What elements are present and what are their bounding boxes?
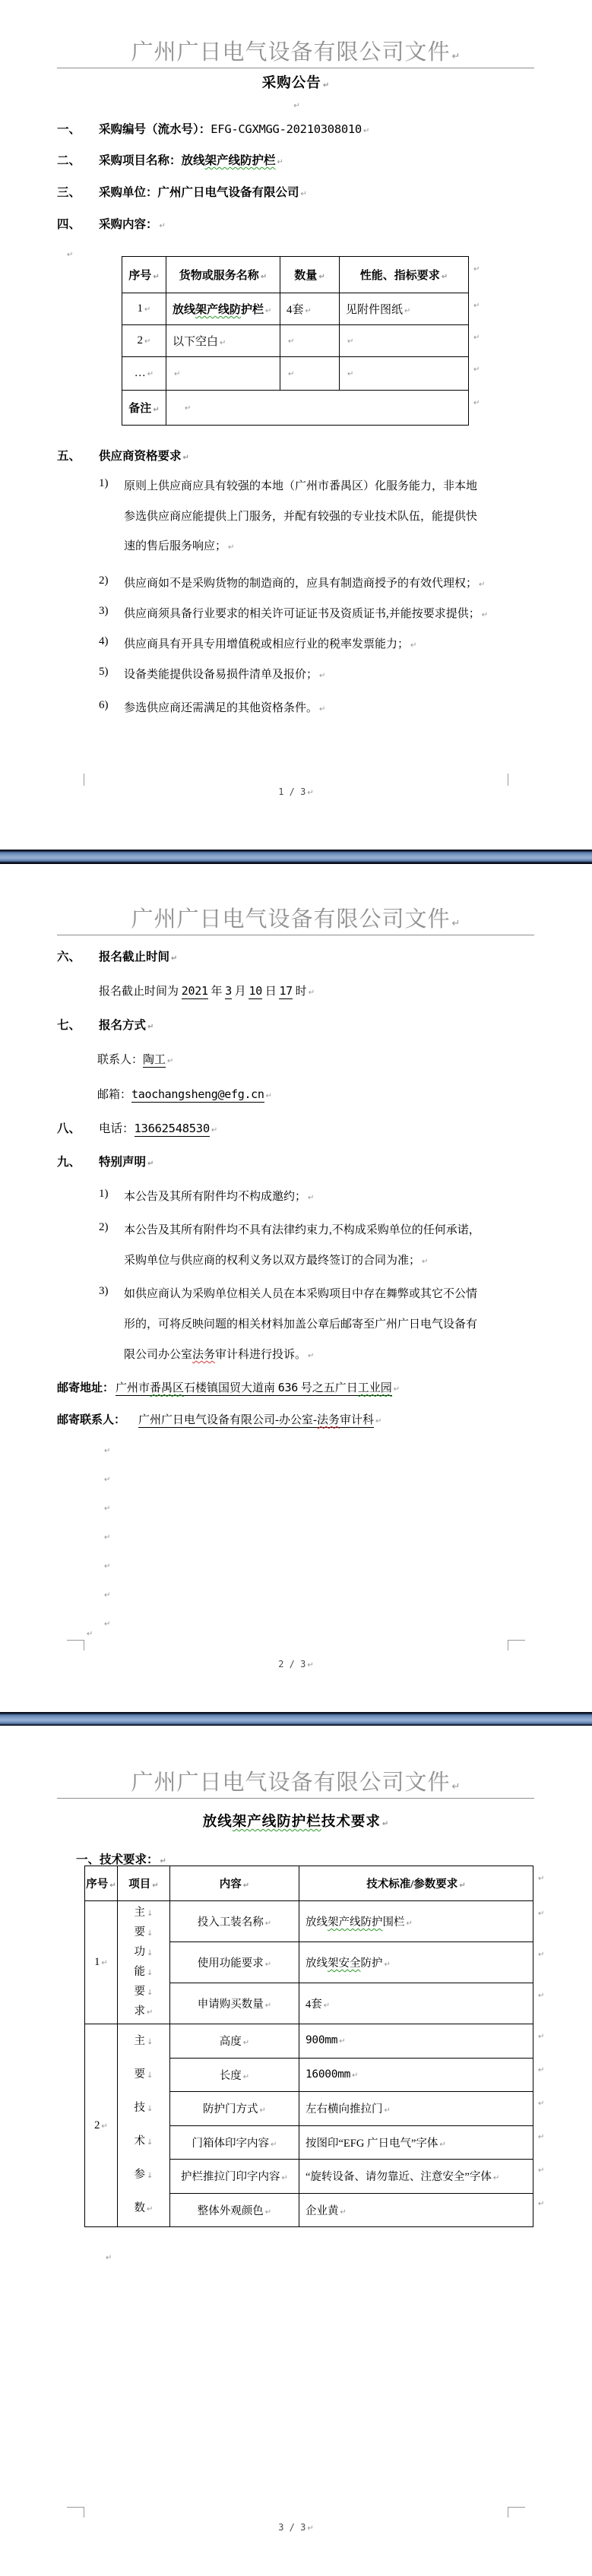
pilcrow-mark: ↵ (101, 1959, 107, 1967)
letterhead-rule (57, 68, 534, 68)
pilcrow-mark: ↵ (220, 339, 226, 347)
list-number: 2) (99, 1221, 109, 1234)
table-header-row: 序号↵ 项目↵ 内容↵ 技术标准/参数要求↵ (85, 1866, 533, 1901)
mail-address-label: 邮寄地址： (57, 1379, 114, 1395)
pilcrow-mark: ↓ (147, 1949, 153, 1957)
text-segment: 月 (232, 986, 249, 998)
list-text: 本公告及其所有附件均不具有法律约束力,不构成采购单位的任何承诺， (124, 1221, 480, 1237)
pilcrow-mark: ↵ (106, 2254, 112, 2262)
list-text: 供应商须具备行业要求的相关许可证证书及资质证书,并能按要求提供；↵ (124, 605, 488, 621)
pilcrow-mark: ↵ (385, 2106, 391, 2115)
text-segment: EFG-CGXMGG-20210308010 (211, 122, 362, 136)
text-segment: 636 (278, 1381, 298, 1396)
table-cell: ↵ (280, 325, 340, 357)
text-segment: 审计科进行投诉。 (215, 1349, 306, 1361)
pilcrow-mark: ↵ (185, 404, 191, 413)
pilcrow-mark: ↵ (277, 158, 283, 166)
table-cell: 门箱体印字内容↵ (170, 2125, 299, 2160)
pilcrow-mark: ↵ (104, 1533, 110, 1542)
table-header-cell: 序号↵ (122, 257, 166, 293)
pilcrow-mark: ↵ (308, 1352, 314, 1360)
pilcrow-mark: ↵ (265, 307, 271, 315)
list-number: 1) (99, 1188, 109, 1201)
table-cell: 按图印“EFG 广日电气”字体↵ (299, 2125, 533, 2160)
corner-mark (67, 2507, 84, 2517)
text-segment: 要 (135, 1986, 146, 1998)
page-number: 3 / 3 (278, 2522, 305, 2533)
margin-tick (508, 774, 508, 786)
phone-number: 13662548530 (135, 1122, 210, 1137)
section-text: 采购编号（流水号）：EFG-CGXMGG-20210308010↵ (99, 120, 369, 137)
list-text: 原则上供应商应具有较强的本地（广州市番禺区）化服务能力，非本地 (124, 477, 477, 493)
pilcrow-mark: ↵ (538, 2133, 544, 2141)
text-segment: 法务 (192, 1349, 215, 1361)
empty-paragraph: ↵ (65, 247, 73, 261)
pilcrow-mark: ↵ (271, 2141, 277, 2149)
section-number: 六、 (57, 948, 81, 964)
pilcrow-mark: ↵ (347, 337, 353, 346)
section-number: 二、 (57, 151, 81, 168)
table-cell: 见附件图纸↵ (340, 293, 469, 325)
text-segment: 石楼镇国贸大道南 (184, 1382, 278, 1396)
pilcrow-mark: ↵ (87, 1630, 93, 1638)
document-canvas: 广州广日电气设备有限公司文件↵ 采购公告↵ ↵ 一、采购编号（流水号）：EFG-… (0, 0, 592, 2576)
list-number: 6) (99, 699, 109, 712)
pilcrow-mark: ↵ (160, 1857, 166, 1866)
table-header-row: 序号↵ 货物或服务名称↵ 数量↵ 性能、指标要求↵ (122, 257, 469, 293)
text-segment: 主 (135, 2035, 146, 2047)
text-segment: 采购单位与供应商的权利义务以双方最终签订的合同为准； (124, 1255, 420, 1267)
pilcrow-mark: ↵ (309, 989, 315, 997)
table-cell: 放线架安全防护↵ (299, 1942, 533, 1983)
table-cell: 4套↵ (299, 1983, 533, 2024)
text-segment: 4套 (305, 1998, 322, 2011)
text-segment: “旋转设备、请勿靠近、注意安全”字体 (305, 2171, 492, 2183)
pilcrow-mark: ↵ (339, 2037, 345, 2046)
pilcrow-mark: ↵ (473, 302, 480, 310)
text-segment: 防护 (361, 1957, 383, 1970)
pilcrow-mark: ↵ (538, 1875, 544, 1883)
pilcrow-mark: ↵ (211, 1126, 217, 1135)
email-label: 邮箱： (97, 1089, 131, 1101)
section-title: 供应商资格要求↵ (99, 447, 189, 464)
pilcrow-mark: ↵ (375, 1417, 381, 1426)
pilcrow-mark: ↵ (293, 102, 299, 110)
email-link[interactable]: taochangsheng@efg.cn (131, 1087, 264, 1103)
pilcrow-mark: ↵ (307, 2524, 313, 2533)
pilcrow-mark: ↵ (288, 337, 294, 346)
table-cell: 4套↵ (280, 293, 340, 325)
pilcrow-mark: ↵ (266, 1092, 272, 1100)
vertical-text-line: 主↓ (119, 1904, 169, 1923)
email-line: 邮箱：taochangsheng@efg.cn↵ (97, 1086, 272, 1102)
pilcrow-mark: ↵ (183, 454, 189, 462)
pilcrow-mark: ↵ (104, 1505, 110, 1513)
pilcrow-mark: ↵ (101, 2122, 107, 2131)
section-title: 报名截止时间↵ (99, 948, 177, 964)
table-row: 2↵ 主↓要↓技↓术↓参↓数↵ 高度↵ 900mm↵ (85, 2024, 533, 2059)
letterhead-text: 广州广日电气设备有限公司文件 (131, 40, 451, 65)
pilcrow-mark: ↵ (473, 265, 480, 274)
text-segment: 采购项目名称：放线 (99, 154, 205, 167)
table-cell: 2↵ (122, 325, 166, 357)
pilcrow-mark: ↵ (538, 2100, 544, 2108)
pilcrow-mark: ↵ (153, 273, 159, 281)
text-segment: 架产线防护 (328, 1916, 383, 1929)
pilcrow-mark: ↵ (385, 1960, 391, 1969)
pilcrow-mark: ↵ (171, 954, 177, 963)
empty-paragraph: ↵ (103, 1501, 110, 1514)
text-segment: 以下空白 (173, 336, 218, 348)
pilcrow-mark: ↵ (473, 399, 480, 407)
text-segment: 本公告及其所有附件均不具有法律约束力,不构成采购单位的任何承诺， (124, 1224, 480, 1236)
page-break-bar (0, 850, 592, 864)
text-segment: 号之五广日 (298, 1382, 358, 1396)
table-header-cell: 货物或服务名称↵ (166, 257, 280, 293)
pilcrow-mark: ↵ (442, 273, 448, 281)
pilcrow-mark: ↵ (67, 251, 73, 259)
page-2: 广州广日电气设备有限公司文件↵ 六、报名截止时间↵ 报名截止时间为 2021 年… (0, 864, 592, 1712)
text-segment: 放线 (305, 1957, 328, 1970)
text-segment: 要 (135, 2068, 146, 2081)
pilcrow-mark: ↵ (305, 307, 312, 315)
pilcrow-mark: ↵ (104, 1620, 110, 1628)
letterhead-title: 广州广日电气设备有限公司文件↵ (0, 902, 592, 933)
list-number: 1) (99, 477, 109, 490)
text-segment: 技 (135, 2102, 146, 2114)
table-cell: 1↵ (122, 293, 166, 325)
list-number: 3) (99, 605, 109, 618)
vertical-text-line: 要↓ (119, 1923, 169, 1943)
pilcrow-mark: ↓ (147, 2105, 153, 2113)
letterhead-title: 广州广日电气设备有限公司文件↵ (0, 35, 592, 66)
table-cell: …↵ (122, 357, 166, 391)
text-segment: 10 (249, 984, 261, 999)
table-cell: 防护门方式↵ (170, 2092, 299, 2126)
list-text: 如供应商认为采购单位相关人员在本采购项目中存在舞弊或其它不公情 (124, 1285, 477, 1301)
pilcrow-mark: ↵ (479, 581, 485, 589)
page-number: 1 / 3 (278, 786, 305, 797)
pilcrow-mark: ↵ (473, 366, 480, 374)
pilcrow-mark: ↓ (147, 1910, 153, 1918)
text-segment: 架产线防护栏 (233, 1815, 321, 1830)
vertical-text-line: 求↵ (119, 2002, 169, 2022)
table-note-row: 备注↵ ↵ (122, 391, 469, 426)
pilcrow-mark: ↵ (167, 1057, 173, 1065)
text-segment: 技术要求 (321, 1815, 381, 1830)
pilcrow-mark: ↵ (422, 1258, 428, 1266)
mail-contact-label: 邮寄联系人： (57, 1411, 125, 1427)
pilcrow-mark: ↓ (147, 2071, 153, 2080)
pilcrow-mark: ↵ (473, 334, 480, 342)
pilcrow-mark: ↵ (301, 190, 307, 198)
table-cell: ↵ (280, 357, 340, 391)
pilcrow-mark: ↵ (452, 51, 461, 62)
pilcrow-mark: ↵ (538, 2166, 544, 2175)
section-text: 采购项目名称：放线架产线防护栏↵ (99, 151, 283, 168)
pilcrow-mark: ↓ (147, 1969, 153, 1977)
pilcrow-mark: ↵ (261, 273, 267, 281)
pilcrow-mark: ↵ (152, 1881, 158, 1890)
pilcrow-mark: ↵ (147, 370, 154, 378)
list-text: 限公司办公室法务审计科进行投诉。↵ (124, 1346, 314, 1362)
pilcrow-mark: ↵ (538, 2033, 544, 2041)
table-cell: 900mm↵ (299, 2024, 533, 2059)
pilcrow-mark: ↵ (407, 1919, 413, 1928)
pilcrow-mark: ↵ (307, 1661, 313, 1669)
mail-address-value: 广州市番禺区石楼镇国贸大道南 636 号之五广日工业园↵ (116, 1379, 400, 1395)
pilcrow-mark: ↓ (147, 1989, 153, 1997)
pilcrow-mark: ↵ (104, 1562, 110, 1571)
section-number: 八、 (57, 1119, 81, 1136)
list-text: 供应商如不是采购货物的制造商的，应具有制造商授予的有效代理权；↵ (124, 574, 485, 590)
vertical-text-line: 技↓ (119, 2092, 169, 2125)
tech-spec-table: 序号↵ 项目↵ 内容↵ 技术标准/参数要求↵ 1↵ 主↓要↓功↓能↓要↓求↵ 投… (84, 1866, 533, 2227)
text-segment: 要 (135, 1926, 146, 1938)
contact-label: 联系人： (97, 1054, 143, 1066)
pilcrow-mark: ↵ (104, 1447, 110, 1455)
pilcrow-mark: ↵ (147, 2008, 153, 2017)
vertical-text-line: 要↓ (119, 2059, 169, 2092)
pilcrow-mark: ↵ (147, 2205, 153, 2214)
pilcrow-mark: ↵ (307, 789, 313, 797)
text-segment: 17 (279, 984, 292, 999)
section-number: 一、 (57, 120, 81, 137)
text-segment: 架安全 (328, 1957, 361, 1970)
text-segment: 日 (262, 986, 280, 998)
table-cell-group-number: 2↵ (85, 2024, 118, 2227)
vertical-text-line: 要↓ (119, 1983, 169, 2002)
text-segment: 数 (135, 2202, 146, 2214)
margin-tick (84, 774, 84, 786)
vertical-text-line: 主↓ (119, 2025, 169, 2059)
empty-paragraph: ↵ (103, 1443, 110, 1457)
phone-label: 电话： (99, 1122, 135, 1135)
list-number: 5) (99, 666, 109, 679)
pilcrow-mark: ↵ (452, 918, 461, 929)
table-cell: ↵ (340, 357, 469, 391)
corner-mark (508, 2507, 525, 2517)
pilcrow-mark: ↵ (265, 2208, 271, 2217)
pilcrow-mark: ↵ (282, 2174, 288, 2182)
section-number: 三、 (57, 183, 81, 200)
pilcrow-mark: ↵ (265, 1960, 271, 1969)
text-segment: 架产线防护栏 (205, 154, 276, 167)
letterhead-title: 广州广日电气设备有限公司文件↵ (0, 1765, 592, 1796)
pilcrow-mark: ↵ (382, 1820, 389, 1828)
list-text: 参选供应商还需满足的其他资格条件。↵ (124, 699, 325, 715)
letterhead-rule (57, 935, 534, 935)
table-cell: 企业黄↵ (299, 2193, 533, 2227)
pilcrow-mark: ↵ (340, 2208, 347, 2217)
text-segment: 本公告及其所有附件均不构成邀约； (124, 1191, 306, 1203)
text-segment: 放线 (173, 304, 195, 316)
pilcrow-mark: ↵ (228, 543, 234, 552)
pilcrow-mark: ↵ (439, 2141, 445, 2149)
text-segment: 企业黄 (305, 2205, 339, 2217)
table-cell: 放线架产线防护栏↵ (166, 293, 280, 325)
deadline-line: 报名截止时间为 2021 年 3 月 10 日 17 时↵ (99, 983, 315, 998)
table-cell: ↵ (166, 357, 280, 391)
section-number: 五、 (57, 447, 81, 464)
pilcrow-mark: ↵ (288, 370, 294, 378)
text-segment: 采购单位：广州广日电气设备有限公司 (99, 186, 299, 199)
letterhead-text: 广州广日电气设备有限公司文件 (131, 907, 451, 932)
pilcrow-mark: ↵ (324, 2002, 330, 2010)
page-3: 广州广日电气设备有限公司文件↵ 放线架产线防护栏技术要求↵ 一、技术要求：↵ 序… (0, 1726, 592, 2576)
text-segment: 左右横向推拉门 (305, 2103, 383, 2116)
section-text: 采购内容：↵ (99, 215, 166, 232)
table-cell-group-item: 主↓要↓功↓能↓要↓求↵ (118, 1901, 170, 2024)
text-segment: 按图印“EFG 广日电气”字体 (305, 2138, 438, 2150)
pilcrow-mark: ↵ (538, 2200, 544, 2208)
pilcrow-mark: ↵ (260, 2106, 266, 2115)
pilcrow-mark: ↵ (153, 406, 159, 414)
pilcrow-mark: ↵ (538, 2066, 544, 2074)
page-title: 放线架产线防护栏技术要求↵ (0, 1811, 592, 1831)
page-footer: 2 / 3↵ (0, 1659, 592, 1669)
text-segment: 架产线防 (195, 304, 241, 316)
list-number: 3) (99, 1285, 109, 1298)
text-segment: 3 (225, 984, 232, 999)
text-segment: 围栏 (383, 1916, 405, 1929)
pilcrow-mark: ↵ (174, 370, 180, 378)
list-text: 形的，可将反映问题的相关材料加盖公章后邮寄至广州广日电气设备有 (124, 1315, 477, 1331)
table-header-cell: 内容↵ (170, 1866, 299, 1901)
page-number: 2 / 3 (278, 1659, 305, 1669)
table-cell: 投入工装名称↵ (170, 1901, 299, 1942)
row-end-marks: ↵ ↵ ↵ ↵ ↵ ↵ ↵ ↵ ↵ ↵ (537, 1866, 544, 2224)
pilcrow-mark: ↵ (144, 337, 150, 346)
empty-paragraph: ↵ (103, 1530, 110, 1543)
text-segment: 功 (135, 1946, 146, 1958)
text-segment: 16000mm (305, 2068, 350, 2081)
table-header-cell: 技术标准/参数要求↵ (299, 1866, 533, 1901)
page-title-text: 采购公告 (262, 76, 321, 91)
empty-paragraph: ↵ (103, 1616, 110, 1630)
table-cell: 申请购买数量↵ (170, 1983, 299, 2024)
empty-paragraph: ↵ (103, 1472, 110, 1486)
pilcrow-mark: ↵ (538, 1992, 544, 2000)
pilcrow-mark: ↵ (109, 1881, 116, 1890)
text-segment: 广州市 (116, 1382, 150, 1396)
pilcrow-mark: ↵ (318, 273, 324, 281)
table-cell: 护栏推拉门印字内容↵ (170, 2160, 299, 2194)
text-segment: 广州广日电气设备有限公司-办公室- (138, 1414, 317, 1428)
pilcrow-mark: ↓ (147, 1929, 153, 1938)
text-segment: 如供应商认为采购单位相关人员在本采购项目中存在舞弊或其它不公情 (124, 1288, 477, 1300)
text-segment: 法务 (317, 1414, 340, 1428)
pilcrow-mark: ↵ (243, 2073, 249, 2081)
table-header-cell: 项目↵ (118, 1866, 170, 1901)
section-number: 七、 (57, 1016, 81, 1033)
list-text: 速的售后服务响应；↵ (124, 537, 234, 553)
vertical-text-line: 功↓ (119, 1943, 169, 1963)
table-header-cell: 性能、指标要求↵ (340, 257, 469, 293)
letterhead-text: 广州广日电气设备有限公司文件 (131, 1771, 451, 1795)
contact-name: 陶工 (143, 1054, 166, 1068)
vertical-text-line: 数↵ (119, 2192, 169, 2226)
table-row: 1↵ 放线架产线防护栏↵ 4套↵ 见附件图纸↵ (122, 293, 469, 325)
pilcrow-mark: ↵ (459, 1881, 465, 1890)
table-cell: 以下空白↵ (166, 325, 280, 357)
empty-paragraph: ↵ (103, 1559, 110, 1572)
list-text: 设备类能提供设备易损件清单及报价；↵ (124, 666, 325, 682)
pilcrow-mark: ↵ (319, 672, 325, 680)
letterhead-rule (57, 1798, 534, 1799)
table-header-cell: 数量↵ (280, 257, 340, 293)
text-segment: 参 (135, 2169, 146, 2181)
vertical-text-line: 参↓ (119, 2159, 169, 2192)
page-title: 采购公告↵ (0, 72, 592, 92)
text-segment: 放线 (305, 1916, 328, 1929)
text-segment: 放线 (203, 1815, 233, 1830)
text-segment: 采购内容： (99, 218, 158, 231)
text-segment: 时 (293, 986, 307, 998)
pilcrow-mark: ↵ (452, 1781, 461, 1793)
procurement-table: 序号↵ 货物或服务名称↵ 数量↵ 性能、指标要求↵ 1↵ 放线架产线防护栏↵ 4… (122, 256, 469, 426)
page-break-bar (0, 1712, 592, 1726)
table-header-cell: 序号↵ (85, 1866, 118, 1901)
table-cell: “旋转设备、请勿靠近、注意安全”字体↵ (299, 2160, 533, 2194)
pilcrow-mark: ↵ (493, 2174, 499, 2182)
pilcrow-mark: ↵ (363, 127, 369, 135)
table-cell: ↵ (166, 391, 469, 426)
pilcrow-mark: ↵ (538, 1951, 544, 1959)
section-number: 四、 (57, 215, 81, 232)
pilcrow-mark: ↵ (104, 1591, 110, 1600)
mail-contact-value: 广州广日电气设备有限公司-办公室-法务审计科↵ (138, 1411, 381, 1427)
vertical-text-line: 能↓ (119, 1963, 169, 1983)
page-footer: 1 / 3↵ (0, 786, 592, 797)
row-end-marks: ↵ ↵ ↵ ↵ ↵ (472, 256, 480, 425)
table-cell: 整体外观颜色↵ (170, 2193, 299, 2227)
pilcrow-mark: ↵ (265, 2002, 271, 2010)
pilcrow-mark: ↵ (243, 2039, 249, 2047)
section-text: 采购单位：广州广日电气设备有限公司↵ (99, 183, 307, 200)
text-segment: 报名截止时间为 (99, 986, 182, 998)
phone-line: 电话：13662548530↵ (99, 1119, 217, 1136)
pilcrow-mark: ↵ (104, 1476, 110, 1484)
pilcrow-mark: ↵ (538, 1910, 544, 1918)
list-number: 2) (99, 574, 109, 587)
text-segment: 限公司办公室 (124, 1349, 192, 1361)
table-cell: 16000mm↵ (299, 2058, 533, 2092)
list-text: 供应商具有开具专用增值税或相应行业的税率发票能力；↵ (124, 635, 416, 651)
empty-paragraph: ↵ (85, 1626, 93, 1640)
text-segment: 番禺区 (150, 1382, 184, 1396)
text-segment: 工业园 (358, 1382, 392, 1396)
text-segment: 采购编号（流水号）： (99, 123, 211, 136)
pilcrow-mark: ↵ (482, 611, 488, 619)
corner-mark (508, 1640, 525, 1650)
text-segment: 求 (135, 2005, 146, 2017)
text-segment: 能 (135, 1966, 146, 1978)
table-cell: 放线架产线防护围栏↵ (299, 1901, 533, 1942)
section-number: 九、 (57, 1153, 81, 1169)
section-title: 报名方式↵ (99, 1016, 154, 1033)
table-row: 1↵ 主↓要↓功↓能↓要↓求↵ 投入工装名称↵ 放线架产线防护围栏↵ (85, 1901, 533, 1942)
pilcrow-mark: ↵ (144, 305, 150, 314)
pilcrow-mark: ↵ (308, 1194, 314, 1202)
pilcrow-mark: ↵ (265, 1919, 271, 1928)
page-footer: 3 / 3↵ (0, 2522, 592, 2533)
list-text: 采购单位与供应商的权利义务以双方最终签订的合同为准；↵ (124, 1252, 428, 1267)
corner-mark (67, 1640, 84, 1650)
table-row: …↵ ↵ ↵ ↵ (122, 357, 469, 391)
text-segment: 900mm (305, 2034, 337, 2046)
empty-paragraph: ↵ (0, 98, 592, 112)
